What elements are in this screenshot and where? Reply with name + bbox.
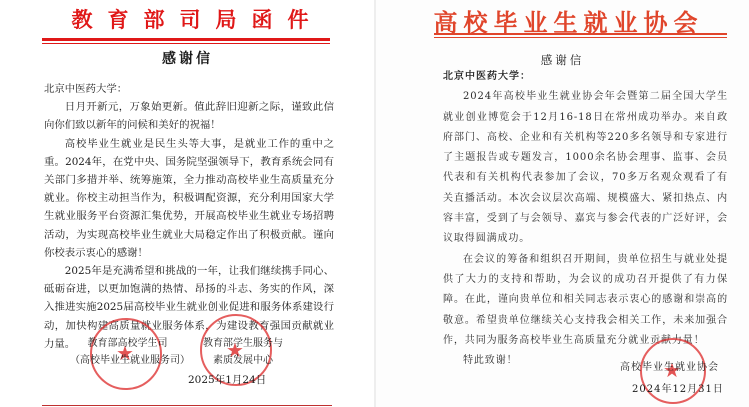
right-salutation: 北京中医药大学： xyxy=(443,67,728,87)
right-paragraph: 在会议的筹备和组织召开期间，贵单位招生与就业处提供了大力的支持和帮助，为会议的成… xyxy=(443,250,728,351)
left-letterhead: 教育部司局函件 xyxy=(40,4,340,34)
right-letter-title: 感谢信 xyxy=(376,52,749,68)
left-signatory-1: 教育部高校学生司 （高校毕业生就业服务司） xyxy=(70,335,185,369)
left-bottom-rule xyxy=(42,405,332,406)
right-paragraph: 2024年高校毕业生就业协会年会暨第二届全国大学生就业创业博览会于12月16-1… xyxy=(443,87,728,249)
left-letterhead-rule xyxy=(42,38,330,41)
signatory-line: 教育部学生服务与 xyxy=(198,335,288,352)
right-letterhead-rule xyxy=(434,33,727,35)
signatory-line: 素质发展中心 xyxy=(198,352,288,369)
left-salutation: 北京中医药大学： xyxy=(44,80,334,98)
right-letter-body: 北京中医药大学： 2024年高校毕业生就业协会年会暨第二届全国大学生就业创业博览… xyxy=(443,67,728,371)
left-letterhead-rule-thin xyxy=(42,43,330,44)
left-letter-date: 2025年1月24日 xyxy=(188,372,266,387)
right-letterhead-rule-thin xyxy=(434,37,727,38)
left-paragraph: 日月开新元，万象始更新。值此辞旧迎新之际，谨致此信向你们致以新年的问候和美好的祝… xyxy=(44,98,334,134)
left-signatory-2: 教育部学生服务与 素质发展中心 xyxy=(198,335,288,369)
left-paragraph: 高校毕业生就业是民生头等大事，是就业工作的重中之重。2024年，在党中央、国务院… xyxy=(44,135,334,262)
signatory-line: （高校毕业生就业服务司） xyxy=(70,352,185,369)
right-letter-date: 2024年12月31日 xyxy=(632,380,724,395)
right-signatory: 高校毕业生就业协会 xyxy=(620,358,719,373)
left-letter-title: 感谢信 xyxy=(0,48,375,68)
left-letter-body: 北京中医药大学： 日月开新元，万象始更新。值此辞旧迎新之际，谨致此信向你们致以新… xyxy=(44,80,334,353)
signatory-line: 教育部高校学生司 xyxy=(70,335,185,352)
